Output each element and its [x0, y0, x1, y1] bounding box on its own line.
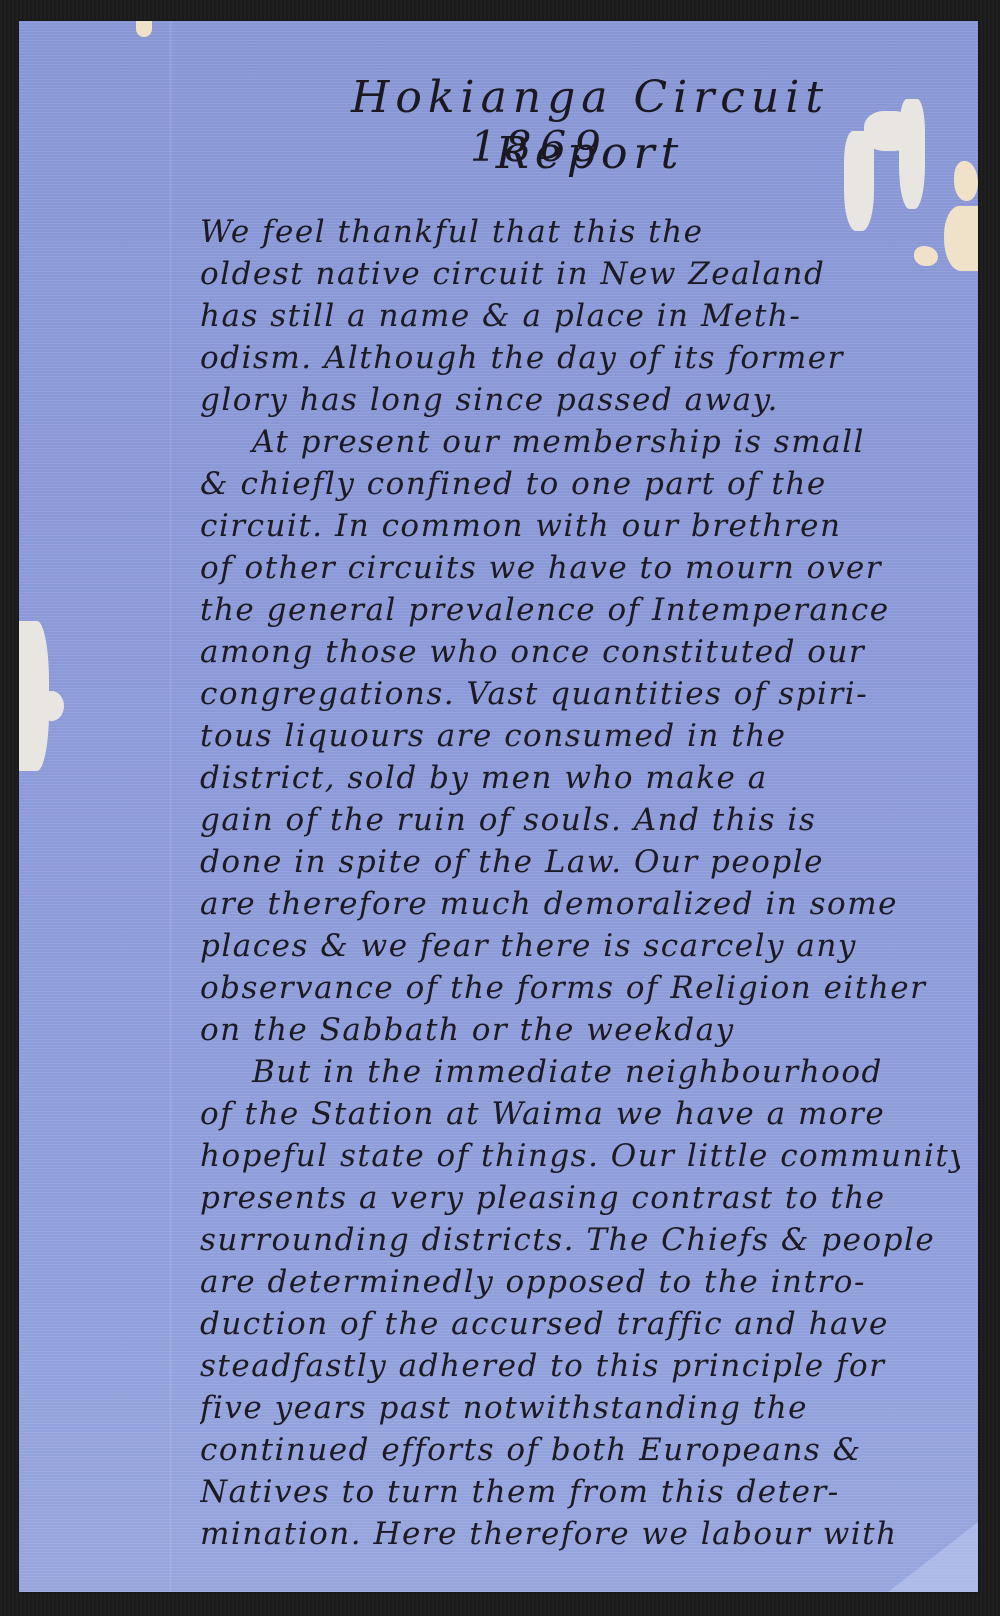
text-line: gain of the ruin of souls. And this is [200, 796, 960, 844]
text-line: oldest native circuit in New Zealand [200, 250, 960, 298]
text-line: are therefore much demoralized in some [200, 880, 960, 928]
text-line: odism. Although the day of its former [200, 334, 960, 382]
text-line: among those who once constituted our [200, 628, 960, 676]
text-line: surrounding districts. The Chiefs & peop… [200, 1216, 960, 1264]
text-line: district, sold by men who make a [200, 754, 960, 802]
text-line: hopeful state of things. Our little comm… [200, 1132, 960, 1180]
stain-left-edge-bump [39, 691, 64, 721]
text-line: glory has long since passed away. [200, 376, 960, 424]
text-line: places & we fear there is scarcely any [200, 922, 960, 970]
text-line: are determinedly opposed to the intro- [200, 1258, 960, 1306]
text-line: observance of the forms of Religion eith… [200, 964, 960, 1012]
text-line: of other circuits we have to mourn over [200, 544, 960, 592]
text-line: on the Sabbath or the weekday [200, 1006, 960, 1054]
paper-fold [169, 21, 172, 1592]
text-line: At present our membership is small [200, 418, 960, 466]
text-line: & chiefly confined to one part of the [200, 460, 960, 508]
text-line: steadfastly adhered to this principle fo… [200, 1342, 960, 1390]
stain-top-edge [136, 21, 152, 37]
text-line: tous liquours are consumed in the [200, 712, 960, 760]
text-line: the general prevalence of Intemperance [200, 586, 960, 634]
document-year: 1869 [470, 122, 670, 171]
text-line: Natives to turn them from this deter- [200, 1468, 960, 1516]
text-line: done in spite of the Law. Our people [200, 838, 960, 886]
text-line: But in the immediate neighbourhood [200, 1048, 960, 1096]
text-line: We feel thankful that this the [200, 208, 960, 256]
text-line: five years past notwithstanding the [200, 1384, 960, 1432]
text-line: duction of the accursed traffic and have [200, 1300, 960, 1348]
text-line: has still a name & a place in Meth- [200, 292, 960, 340]
stain-right-edge-upper [954, 161, 978, 201]
text-line: mination. Here therefore we labour with [200, 1510, 960, 1558]
text-line: circuit. In common with our brethren [200, 502, 960, 550]
text-line: congregations. Vast quantities of spiri- [200, 670, 960, 718]
text-line: presents a very pleasing contrast to the [200, 1174, 960, 1222]
text-line: of the Station at Waima we have a more [200, 1090, 960, 1138]
text-line: continued efforts of both Europeans & [200, 1426, 960, 1474]
